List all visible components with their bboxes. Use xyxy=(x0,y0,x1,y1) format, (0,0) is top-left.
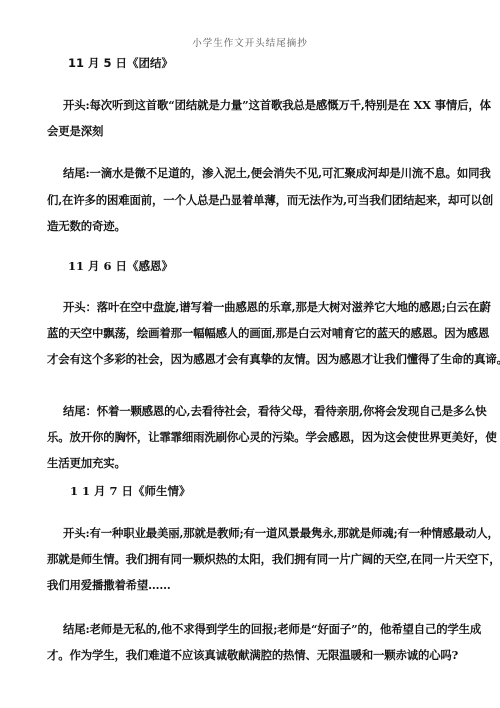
paragraph-line: 乐。放开你的胸怀，让霏霏细雨洗刷你心灵的污染。学会感恩，因为这会使世界更美好，使 xyxy=(47,429,457,445)
paragraph-line: 结尾：怀着一颗感恩的心,去看待社会，看待父母，看待亲朋,你将会发现自己是多么快 xyxy=(63,403,473,419)
paragraph-line: 我们用爱播撒着希望…… xyxy=(47,577,457,593)
section-heading-gratitude: 11 月 6 日《感恩》 xyxy=(68,258,173,274)
paragraph-line: 结尾:一滴水是微不足道的，渗入泥土,便会消失不见,可汇聚成河却是川流不息。如同我 xyxy=(63,165,473,181)
paragraph-line: 开头:有一种职业最美丽,那就是教师;有一道风景最隽永,那就是师魂;有一种情感最动… xyxy=(63,525,473,541)
paragraph-line: 才会有这个多彩的社会，因为感恩才会有真挚的友情。因为感恩才让我们懂得了生命的真谛… xyxy=(47,351,457,367)
paragraph-line: 会更是深刻 xyxy=(47,123,457,139)
document-page: 小学生作文开头结尾摘抄 11 月 5 日《团结》 开头:每次听到这首歌“团结就是… xyxy=(0,0,500,708)
paragraph-line: 那就是师生情。我们拥有同一颗炽热的太阳，我们拥有同一片广阔的天空,在同一片天空下… xyxy=(47,551,457,567)
paragraph-line: 开头:每次听到这首歌“团结就是力量”这首歌我总是感慨万千,特别是在 XX 事情后… xyxy=(63,97,473,113)
paragraph-line: 生活更加充实。 xyxy=(47,455,457,471)
paragraph-line: 才。作为学生，我们难道不应该真诚敬献满腔的热情、无限温暖和一颗赤诚的心吗? xyxy=(47,647,457,663)
paragraph-line: 蓝的天空中飘荡，绘画着那一幅幅感人的画面,那是白云对哺育它的蓝天的感恩。因为感恩 xyxy=(47,325,457,341)
section-heading-unity: 11 月 5 日《团结》 xyxy=(68,55,173,71)
document-title: 小学生作文开头结尾摘抄 xyxy=(0,35,500,49)
section-heading-teacher-student: 1 1 月 7 日《师生情》 xyxy=(70,483,191,499)
paragraph-line: 们,在许多的困难面前，一个人总是凸显着单薄，而无法作为,可当我们团结起来，却可以… xyxy=(47,192,457,208)
paragraph-line: 造无数的奇迹。 xyxy=(47,218,457,234)
paragraph-line: 开头：落叶在空中盘旋,谱写着一曲感恩的乐章,那是大树对滋养它大地的感恩;白云在蔚 xyxy=(63,299,473,315)
paragraph-line: 结尾:老师是无私的,他不求得到学生的回报;老师是“好面子”的，他希望自己的学生成 xyxy=(63,621,473,637)
